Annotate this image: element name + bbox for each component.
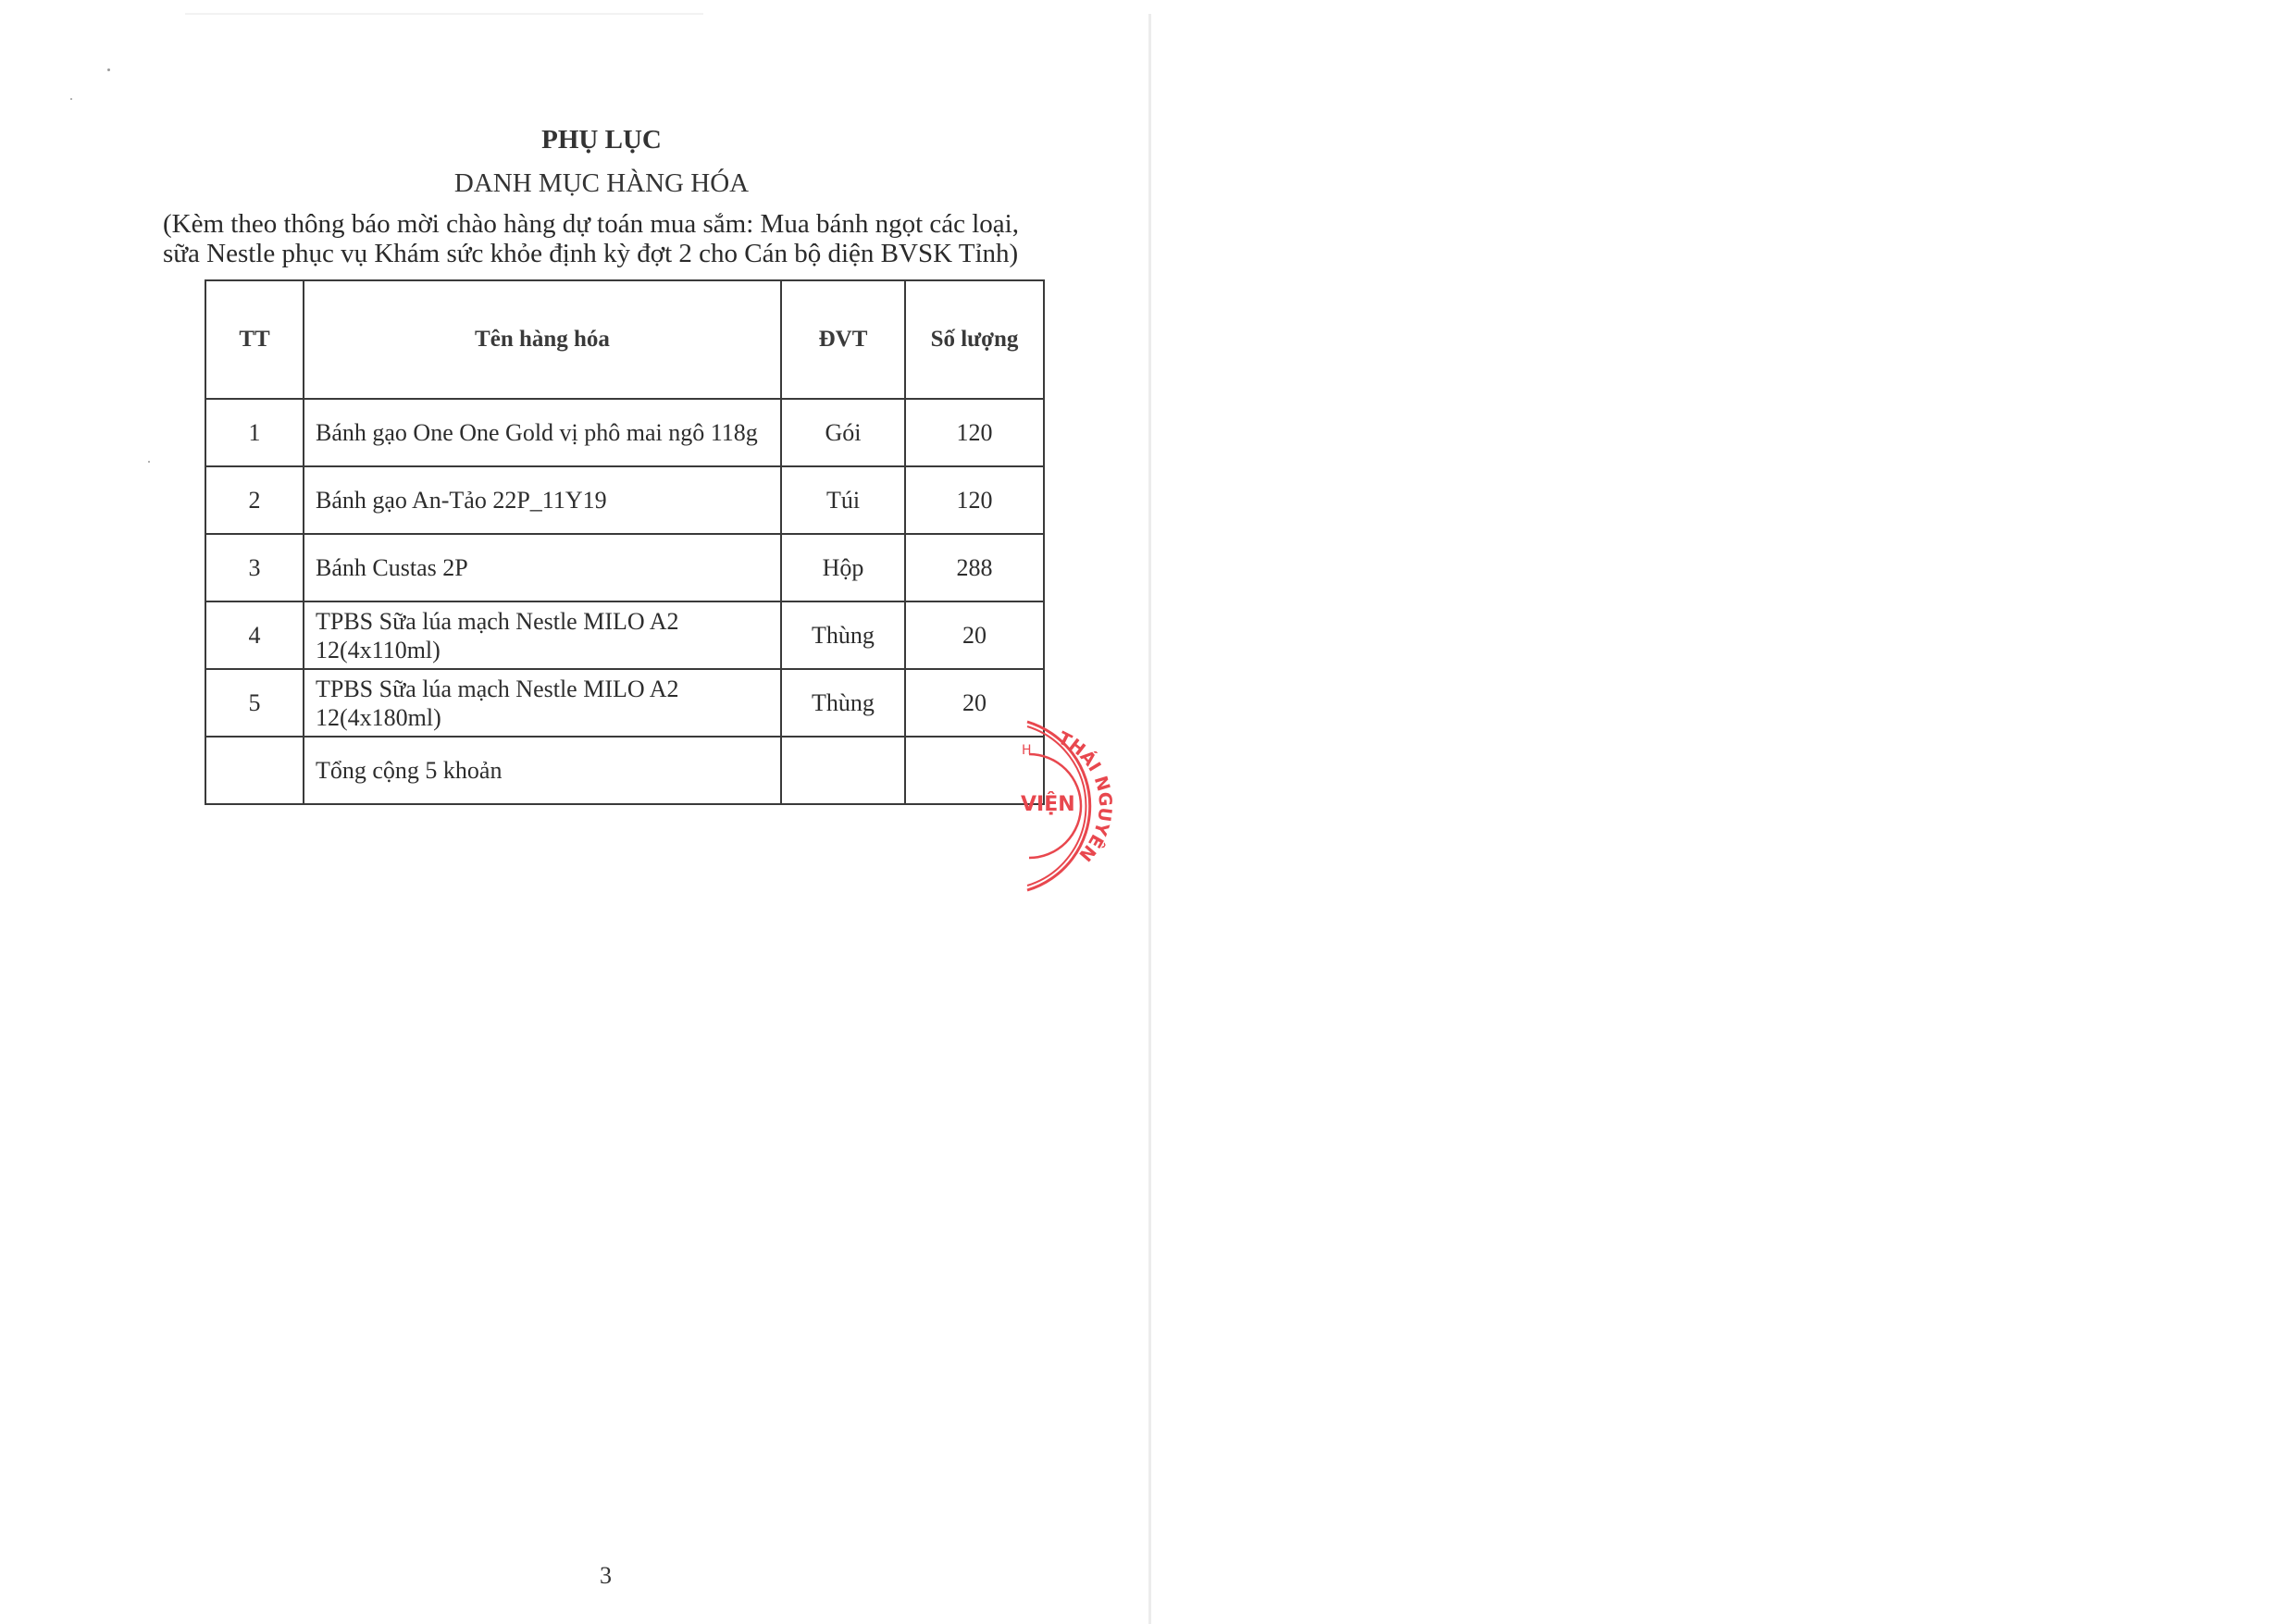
total-label: Tổng cộng 5 khoản — [304, 737, 781, 804]
header-qty: Số lượng — [905, 280, 1044, 399]
cell-unit: Túi — [781, 466, 905, 534]
document-subtitle: (Kèm theo thông báo mời chào hàng dự toá… — [163, 209, 1042, 268]
scan-speck — [148, 461, 150, 463]
stamp-text-arc: THÁI NGUYÊN — [1055, 728, 1116, 865]
table-header-row: TT Tên hàng hóa ĐVT Số lượng — [205, 280, 1044, 399]
cell-tt: 1 — [205, 399, 304, 466]
cell-qty: 120 — [905, 466, 1044, 534]
cell-tt: 4 — [205, 601, 304, 669]
cell-unit: Hộp — [781, 534, 905, 601]
scan-speck — [70, 98, 72, 100]
cell-qty — [905, 737, 1044, 804]
cell-qty: 20 — [905, 669, 1044, 737]
goods-table: TT Tên hàng hóa ĐVT Số lượng 1 Bánh gạo … — [205, 279, 1045, 805]
table-row: 1 Bánh gạo One One Gold vị phô mai ngô 1… — [205, 399, 1044, 466]
cell-qty: 120 — [905, 399, 1044, 466]
table-row: 4 TPBS Sữa lúa mạch Nestle MILO A2 12(4x… — [205, 601, 1044, 669]
cell-name: TPBS Sữa lúa mạch Nestle MILO A2 12(4x11… — [304, 601, 781, 669]
table-row: 5 TPBS Sữa lúa mạch Nestle MILO A2 12(4x… — [205, 669, 1044, 737]
cell-tt: 3 — [205, 534, 304, 601]
header-name: Tên hàng hóa — [304, 280, 781, 399]
header-unit: ĐVT — [781, 280, 905, 399]
scan-artifact-streak — [185, 13, 703, 15]
cell-name: Bánh Custas 2P — [304, 534, 781, 601]
table-row: 2 Bánh gạo An-Tảo 22P_11Y19 Túi 120 — [205, 466, 1044, 534]
page-divider — [1148, 14, 1151, 1624]
table-row: 3 Bánh Custas 2P Hộp 288 — [205, 534, 1044, 601]
cell-name: Bánh gạo An-Tảo 22P_11Y19 — [304, 466, 781, 534]
cell-tt — [205, 737, 304, 804]
cell-tt: 2 — [205, 466, 304, 534]
cell-name: Bánh gạo One One Gold vị phô mai ngô 118… — [304, 399, 781, 466]
table-total-row: Tổng cộng 5 khoản — [205, 737, 1044, 804]
cell-qty: 20 — [905, 601, 1044, 669]
page-number: 3 — [600, 1562, 612, 1590]
subtitle-line: (Kèm theo thông báo mời chào hàng dự toá… — [163, 209, 1042, 239]
subtitle-line: sữa Nestle phục vụ Khám sức khỏe định kỳ… — [163, 239, 1042, 268]
scan-speck — [107, 68, 110, 71]
cell-unit: Thùng — [781, 669, 905, 737]
document-title: DANH MỤC HÀNG HÓA — [0, 168, 1203, 199]
cell-tt: 5 — [205, 669, 304, 737]
header-tt: TT — [205, 280, 304, 399]
cell-name: TPBS Sữa lúa mạch Nestle MILO A2 12(4x18… — [304, 669, 781, 737]
cell-qty: 288 — [905, 534, 1044, 601]
cell-unit: Thùng — [781, 601, 905, 669]
svg-text:THÁI NGUYÊN: THÁI NGUYÊN — [1055, 728, 1116, 865]
cell-unit — [781, 737, 905, 804]
document-heading: PHỤ LỤC — [0, 125, 1203, 155]
cell-unit: Gói — [781, 399, 905, 466]
